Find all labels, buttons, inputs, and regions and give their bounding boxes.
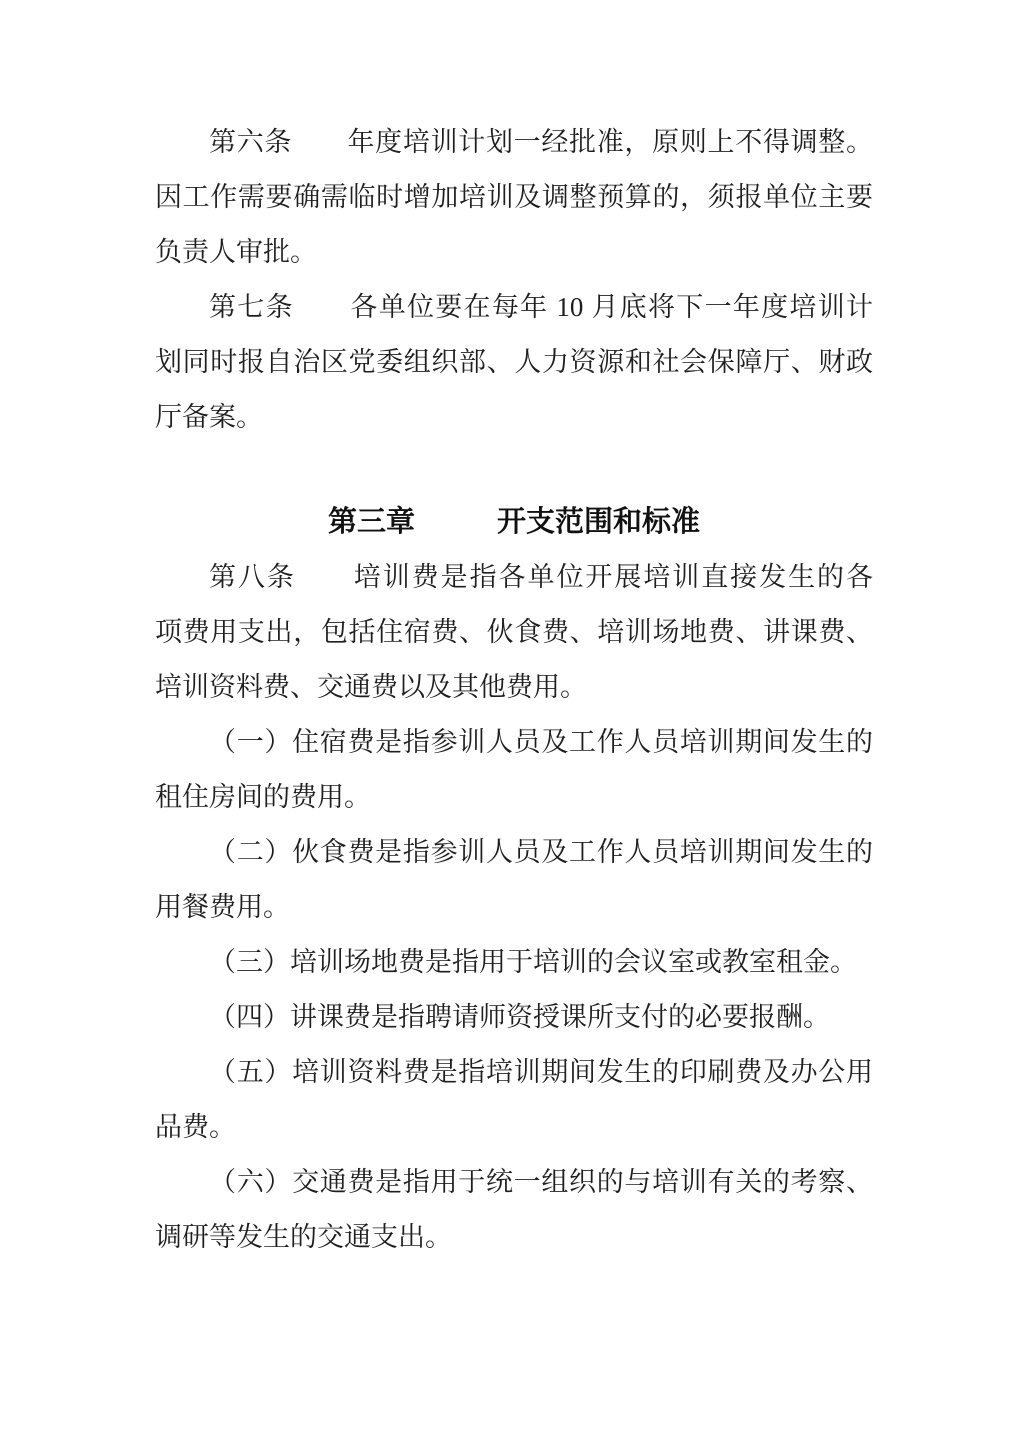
article-6-line-3: 负责人审批。 [155,225,873,280]
item-1-line-2: 租住房间的费用。 [155,770,873,825]
article-7-line-1: 第七条 各单位要在每年 10 月底将下一年度培训计 [155,280,873,335]
item-6-line-1: （六）交通费是指用于统一组织的与培训有关的考察、 [155,1155,873,1210]
item-6-line-2: 调研等发生的交通支出。 [155,1210,873,1265]
article-7-line-2: 划同时报自治区党委组织部、人力资源和社会保障厅、财政 [155,335,873,390]
item-5-line-2: 品费。 [155,1100,873,1155]
item-4-line-1: （四）讲课费是指聘请师资授课所支付的必要报酬。 [155,990,873,1045]
article-8-line-2: 项费用支出，包括住宿费、伙食费、培训场地费、讲课费、 [155,605,873,660]
chapter-title: 开支范围和标准 [497,506,700,538]
item-1-line-1: （一）住宿费是指参训人员及工作人员培训期间发生的 [155,715,873,770]
article-6-line-1: 第六条 年度培训计划一经批准，原则上不得调整。 [155,115,873,170]
article-6-line-2: 因工作需要确需临时增加培训及调整预算的，须报单位主要 [155,170,873,225]
chapter-3-heading: 第三章开支范围和标准 [155,495,873,550]
article-8-line-1: 第八条 培训费是指各单位开展培训直接发生的各 [155,550,873,605]
item-2-line-2: 用餐费用。 [155,880,873,935]
item-2-line-1: （二）伙食费是指参训人员及工作人员培训期间发生的 [155,825,873,880]
chapter-number: 第三章 [328,506,415,538]
item-3-line-1: （三）培训场地费是指用于培训的会议室或教室租金。 [155,935,873,990]
item-5-line-1: （五）培训资料费是指培训期间发生的印刷费及办公用 [155,1045,873,1100]
article-7-line-3: 厅备案。 [155,390,873,445]
document-page: 第六条 年度培训计划一经批准，原则上不得调整。 因工作需要确需临时增加培训及调整… [155,115,873,1265]
blank-line [155,445,873,495]
article-8-line-3: 培训资料费、交通费以及其他费用。 [155,660,873,715]
